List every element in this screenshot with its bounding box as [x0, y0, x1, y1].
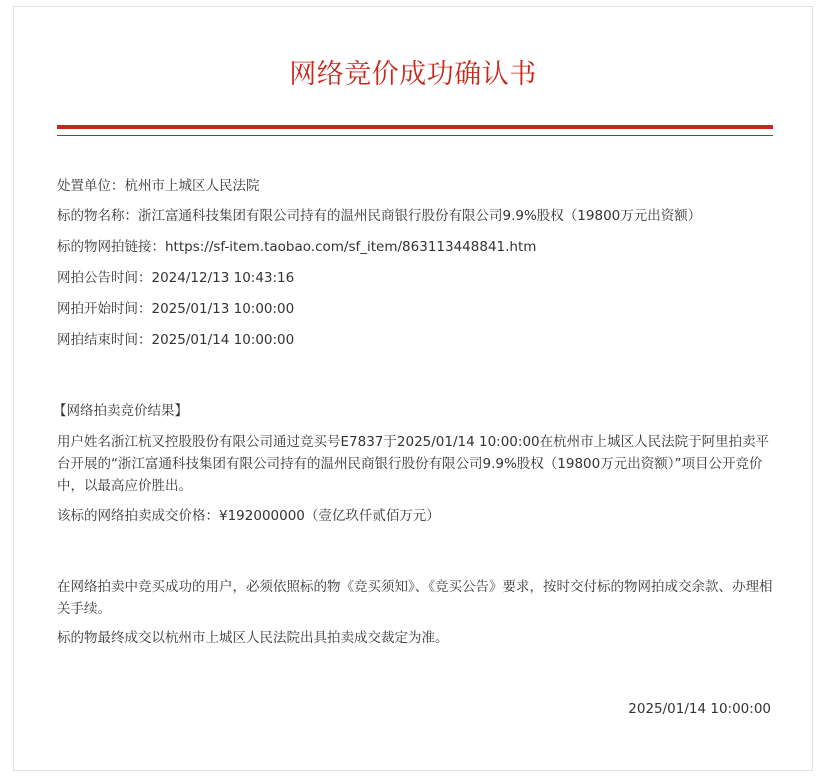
final-ruling-note: 标的物最终成交以杭州市上城区人民法院出具拍卖成交裁定为准。: [57, 628, 449, 648]
info-value: 浙江富通科技集团有限公司持有的温州民商银行股份有限公司9.9%股权（19800万…: [138, 208, 701, 224]
info-label: 网拍公告时间：: [57, 270, 152, 286]
info-row-start-time: 网拍开始时间：2025/01/13 10:00:00: [57, 299, 294, 319]
info-value: 2025/01/14 10:00:00: [152, 332, 295, 348]
price-value: ¥192000000（壹亿玖仟贰佰万元）: [219, 508, 440, 524]
info-value: 2024/12/13 10:43:16: [152, 270, 295, 286]
info-label: 处置单位：: [57, 178, 125, 194]
result-paragraph: 用户姓名浙江杭叉控股股份有限公司通过竞买号E7837于2025/01/14 10…: [57, 431, 773, 497]
info-row-subject-name: 标的物名称：浙江富通科技集团有限公司持有的温州民商银行股份有限公司9.9%股权（…: [57, 206, 701, 226]
info-label: 标的物网拍链接：: [57, 239, 165, 255]
info-label: 标的物名称：: [57, 208, 138, 224]
info-label: 网拍开始时间：: [57, 301, 152, 317]
result-heading: 【网络拍卖竞价结果】: [53, 401, 188, 421]
confirmation-document: 网络竞价成功确认书 处置单位：杭州市上城区人民法院 标的物名称：浙江富通科技集团…: [13, 6, 813, 771]
document-date: 2025/01/14 10:00:00: [628, 699, 771, 719]
info-label: 网拍结束时间：: [57, 332, 152, 348]
price-label: 该标的网络拍卖成交价格：: [57, 508, 219, 524]
notice-paragraph: 在网络拍卖中竞买成功的用户，必须依照标的物《竞买须知》、《竞买公告》要求，按时交…: [57, 576, 773, 620]
document-title: 网络竞价成功确认书: [14, 55, 812, 95]
info-row-end-time: 网拍结束时间：2025/01/14 10:00:00: [57, 330, 294, 350]
info-value: 杭州市上城区人民法院: [125, 178, 260, 194]
title-divider-thick: [57, 125, 773, 129]
info-row-announcement-time: 网拍公告时间：2024/12/13 10:43:16: [57, 268, 294, 288]
final-price-row: 该标的网络拍卖成交价格：¥192000000（壹亿玖仟贰佰万元）: [57, 506, 440, 526]
info-row-disposal-unit: 处置单位：杭州市上城区人民法院: [57, 176, 260, 196]
info-row-subject-link: 标的物网拍链接：https://sf-item.taobao.com/sf_it…: [57, 237, 536, 257]
subject-link[interactable]: https://sf-item.taobao.com/sf_item/86311…: [165, 239, 536, 255]
info-value: 2025/01/13 10:00:00: [152, 301, 295, 317]
title-divider-thin: [57, 135, 773, 136]
